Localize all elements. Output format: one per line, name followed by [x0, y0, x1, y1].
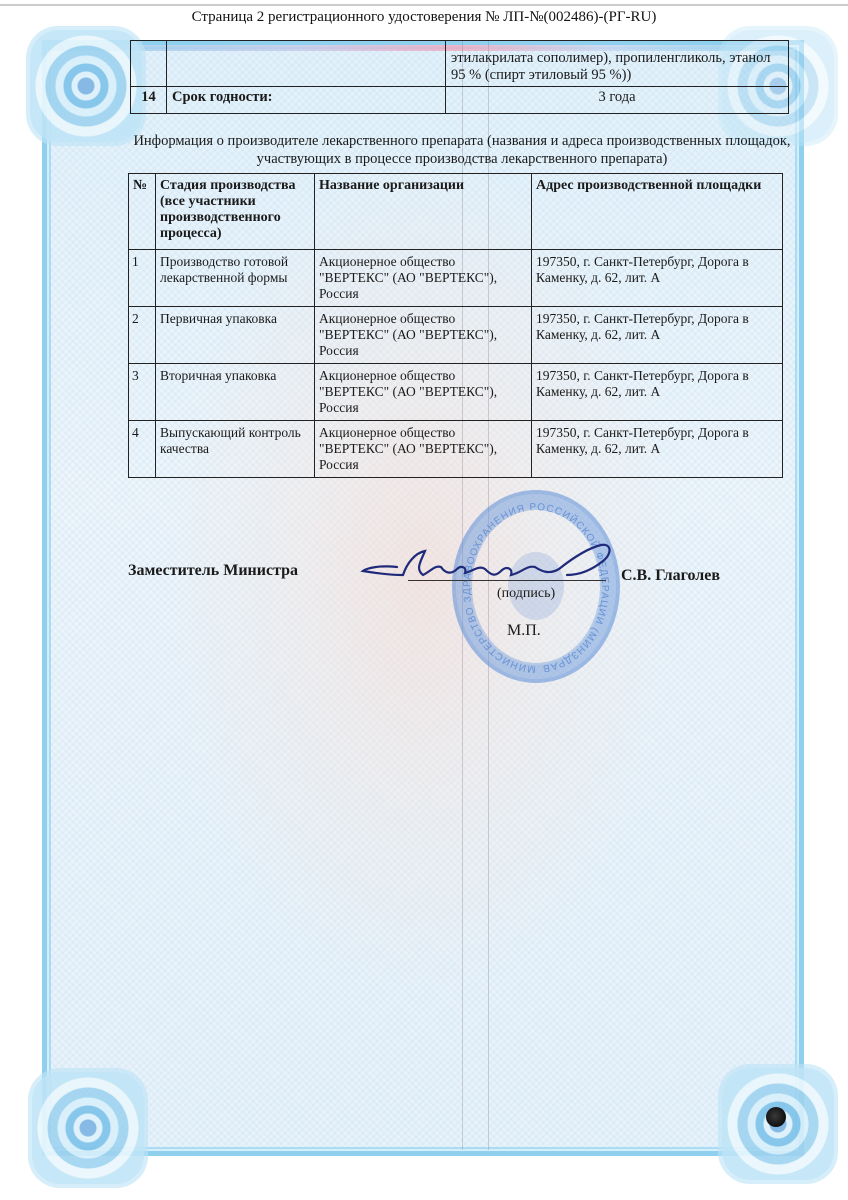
cell-address: 197350, г. Санкт-Петербург, Дорога в Кам… — [532, 421, 783, 478]
cell-address: 197350, г. Санкт-Петербург, Дорога в Кам… — [532, 250, 783, 307]
manufacturer-table: № Стадия производства (все участники про… — [128, 173, 783, 478]
table-row: 3 Вторичная упаковка Акционерное обществ… — [129, 364, 783, 421]
row-number: 14 — [131, 87, 167, 114]
cell-address: 197350, г. Санкт-Петербург, Дорога в Кам… — [532, 307, 783, 364]
signer-name: С.В. Глаголев — [621, 567, 720, 585]
cell-stage: Производство готовой лекарственной формы — [156, 250, 315, 307]
cell-organization: Акционерное общество "ВЕРТЕКС" (АО "ВЕРТ… — [315, 421, 532, 478]
column-header-stage: Стадия производства (все участники произ… — [156, 174, 315, 250]
cell-number: 3 — [129, 364, 156, 421]
punch-hole — [766, 1107, 786, 1127]
cell-number: 4 — [129, 421, 156, 478]
manufacturer-section-caption: Информация о производителе лекарственног… — [130, 132, 794, 168]
table-row: этилакрилата сополимер), пропиленгликоль… — [131, 41, 789, 87]
table-row: 14 Срок годности: 3 года — [131, 87, 789, 114]
handwritten-signature-icon — [355, 535, 625, 595]
row-value: этилакрилата сополимер), пропиленгликоль… — [446, 41, 789, 87]
properties-table: этилакрилата сополимер), пропиленгликоль… — [130, 40, 789, 114]
table-row: 1 Производство готовой лекарственной фор… — [129, 250, 783, 307]
signature-caption: (подпись) — [497, 586, 555, 602]
rosette-bottom-left-icon — [32, 1072, 144, 1184]
cell-organization: Акционерное общество "ВЕРТЕКС" (АО "ВЕРТ… — [315, 250, 532, 307]
column-header-organization: Название организации — [315, 174, 532, 250]
row-label — [167, 41, 446, 87]
rosette-top-left-icon — [30, 30, 142, 142]
seal-label: М.П. — [507, 622, 541, 640]
column-header-number: № — [129, 174, 156, 250]
cell-stage: Вторичная упаковка — [156, 364, 315, 421]
signature-line — [408, 580, 606, 581]
cell-stage: Выпускающий контроль качества — [156, 421, 315, 478]
table-row: 2 Первичная упаковка Акционерное обществ… — [129, 307, 783, 364]
cell-stage: Первичная упаковка — [156, 307, 315, 364]
page-header: Страница 2 регистрационного удостоверени… — [0, 9, 848, 26]
row-label: Срок годности: — [167, 87, 446, 114]
cell-organization: Акционерное общество "ВЕРТЕКС" (АО "ВЕРТ… — [315, 307, 532, 364]
scan-top-edge — [0, 4, 848, 6]
cell-address: 197350, г. Санкт-Петербург, Дорога в Кам… — [532, 364, 783, 421]
cell-number: 1 — [129, 250, 156, 307]
signer-position: Заместитель Министра — [128, 562, 298, 580]
row-number — [131, 41, 167, 87]
cell-organization: Акционерное общество "ВЕРТЕКС" (АО "ВЕРТ… — [315, 364, 532, 421]
shelf-life-value: 3 года — [446, 87, 789, 114]
table-row: 4 Выпускающий контроль качества Акционер… — [129, 421, 783, 478]
table-header-row: № Стадия производства (все участники про… — [129, 174, 783, 250]
cell-number: 2 — [129, 307, 156, 364]
caption-line: участвующих в процессе производства лека… — [130, 150, 794, 168]
caption-line: Информация о производителе лекарственног… — [130, 132, 794, 150]
column-header-address: Адрес производственной площадки — [532, 174, 783, 250]
